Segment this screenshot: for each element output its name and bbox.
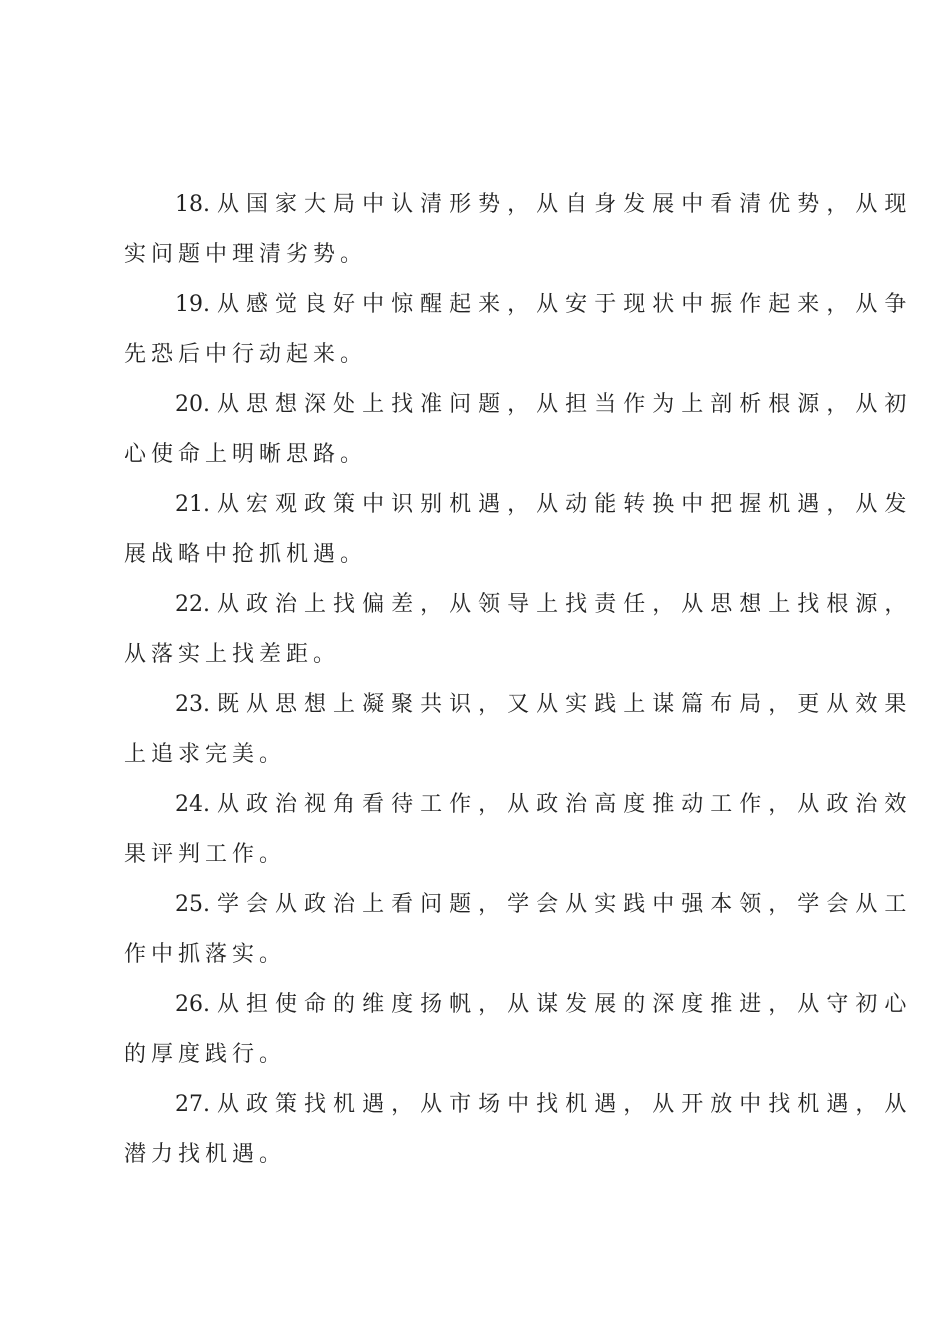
paragraph-line: 从落实上找差距。 bbox=[124, 630, 826, 680]
item-text: 从 政 治 视 角 看 待 工 作 ， 从 政 治 高 度 推 动 工 作 ， … bbox=[217, 792, 906, 817]
item-text: 从 国 家 大 局 中 认 清 形 势 ， 从 自 身 发 展 中 看 清 优 … bbox=[217, 192, 906, 217]
list-item-18: 18. 从 国 家 大 局 中 认 清 形 势 ， 从 自 身 发 展 中 看 … bbox=[124, 180, 826, 280]
paragraph-line: 潜力找机遇。 bbox=[124, 1130, 826, 1180]
item-text: 既 从 思 想 上 凝 聚 共 识 ， 又 从 实 践 上 谋 篇 布 局 ， … bbox=[217, 692, 906, 717]
list-item-25: 25. 学 会 从 政 治 上 看 问 题 ， 学 会 从 实 践 中 强 本 … bbox=[124, 880, 826, 980]
paragraph-line: 19. 从 感 觉 良 好 中 惊 醒 起 来 ， 从 安 于 现 状 中 振 … bbox=[124, 280, 826, 330]
item-text: 从 思 想 深 处 上 找 准 问 题 ， 从 担 当 作 为 上 剖 析 根 … bbox=[217, 392, 906, 417]
list-item-19: 19. 从 感 觉 良 好 中 惊 醒 起 来 ， 从 安 于 现 状 中 振 … bbox=[124, 280, 826, 380]
paragraph-line: 22. 从 政 治 上 找 偏 差 ， 从 领 导 上 找 责 任 ， 从 思 … bbox=[124, 580, 826, 630]
item-number: 19. bbox=[175, 292, 217, 317]
item-text: 从 感 觉 良 好 中 惊 醒 起 来 ， 从 安 于 现 状 中 振 作 起 … bbox=[217, 292, 906, 317]
paragraph-line: 上追求完美。 bbox=[124, 730, 826, 780]
paragraph-line: 的厚度践行。 bbox=[124, 1030, 826, 1080]
paragraph-line: 作中抓落实。 bbox=[124, 930, 826, 980]
paragraph-line: 26. 从 担 使 命 的 维 度 扬 帆 ， 从 谋 发 展 的 深 度 推 … bbox=[124, 980, 826, 1030]
paragraph-line: 24. 从 政 治 视 角 看 待 工 作 ， 从 政 治 高 度 推 动 工 … bbox=[124, 780, 826, 830]
item-number: 20. bbox=[175, 392, 217, 417]
paragraph-line: 18. 从 国 家 大 局 中 认 清 形 势 ， 从 自 身 发 展 中 看 … bbox=[124, 180, 826, 230]
item-number: 24. bbox=[175, 792, 217, 817]
item-number: 23. bbox=[175, 692, 217, 717]
item-number: 18. bbox=[175, 192, 217, 217]
paragraph-line: 23. 既 从 思 想 上 凝 聚 共 识 ， 又 从 实 践 上 谋 篇 布 … bbox=[124, 680, 826, 730]
paragraph-line: 实问题中理清劣势。 bbox=[124, 230, 826, 280]
paragraph-line: 先恐后中行动起来。 bbox=[124, 330, 826, 380]
list-item-24: 24. 从 政 治 视 角 看 待 工 作 ， 从 政 治 高 度 推 动 工 … bbox=[124, 780, 826, 880]
item-number: 22. bbox=[175, 592, 217, 617]
document-page: 18. 从 国 家 大 局 中 认 清 形 势 ， 从 自 身 发 展 中 看 … bbox=[124, 180, 826, 1180]
item-text: 从 政 策 找 机 遇 ， 从 市 场 中 找 机 遇 ， 从 开 放 中 找 … bbox=[217, 1092, 906, 1117]
item-number: 27. bbox=[175, 1092, 217, 1117]
item-number: 25. bbox=[175, 892, 217, 917]
item-text: 从 政 治 上 找 偏 差 ， 从 领 导 上 找 责 任 ， 从 思 想 上 … bbox=[217, 592, 906, 617]
item-number: 21. bbox=[175, 492, 217, 517]
item-text: 从 担 使 命 的 维 度 扬 帆 ， 从 谋 发 展 的 深 度 推 进 ， … bbox=[217, 992, 906, 1017]
list-item-20: 20. 从 思 想 深 处 上 找 准 问 题 ， 从 担 当 作 为 上 剖 … bbox=[124, 380, 826, 480]
list-item-21: 21. 从 宏 观 政 策 中 识 别 机 遇 ， 从 动 能 转 换 中 把 … bbox=[124, 480, 826, 580]
paragraph-line: 展战略中抢抓机遇。 bbox=[124, 530, 826, 580]
item-number: 26. bbox=[175, 992, 217, 1017]
item-text: 学 会 从 政 治 上 看 问 题 ， 学 会 从 实 践 中 强 本 领 ， … bbox=[217, 892, 906, 917]
item-text: 从 宏 观 政 策 中 识 别 机 遇 ， 从 动 能 转 换 中 把 握 机 … bbox=[217, 492, 906, 517]
paragraph-line: 心使命上明晰思路。 bbox=[124, 430, 826, 480]
list-item-27: 27. 从 政 策 找 机 遇 ， 从 市 场 中 找 机 遇 ， 从 开 放 … bbox=[124, 1080, 826, 1180]
paragraph-line: 20. 从 思 想 深 处 上 找 准 问 题 ， 从 担 当 作 为 上 剖 … bbox=[124, 380, 826, 430]
paragraph-line: 27. 从 政 策 找 机 遇 ， 从 市 场 中 找 机 遇 ， 从 开 放 … bbox=[124, 1080, 826, 1130]
list-item-22: 22. 从 政 治 上 找 偏 差 ， 从 领 导 上 找 责 任 ， 从 思 … bbox=[124, 580, 826, 680]
list-item-26: 26. 从 担 使 命 的 维 度 扬 帆 ， 从 谋 发 展 的 深 度 推 … bbox=[124, 980, 826, 1080]
paragraph-line: 21. 从 宏 观 政 策 中 识 别 机 遇 ， 从 动 能 转 换 中 把 … bbox=[124, 480, 826, 530]
paragraph-line: 25. 学 会 从 政 治 上 看 问 题 ， 学 会 从 实 践 中 强 本 … bbox=[124, 880, 826, 930]
paragraph-line: 果评判工作。 bbox=[124, 830, 826, 880]
list-item-23: 23. 既 从 思 想 上 凝 聚 共 识 ， 又 从 实 践 上 谋 篇 布 … bbox=[124, 680, 826, 780]
